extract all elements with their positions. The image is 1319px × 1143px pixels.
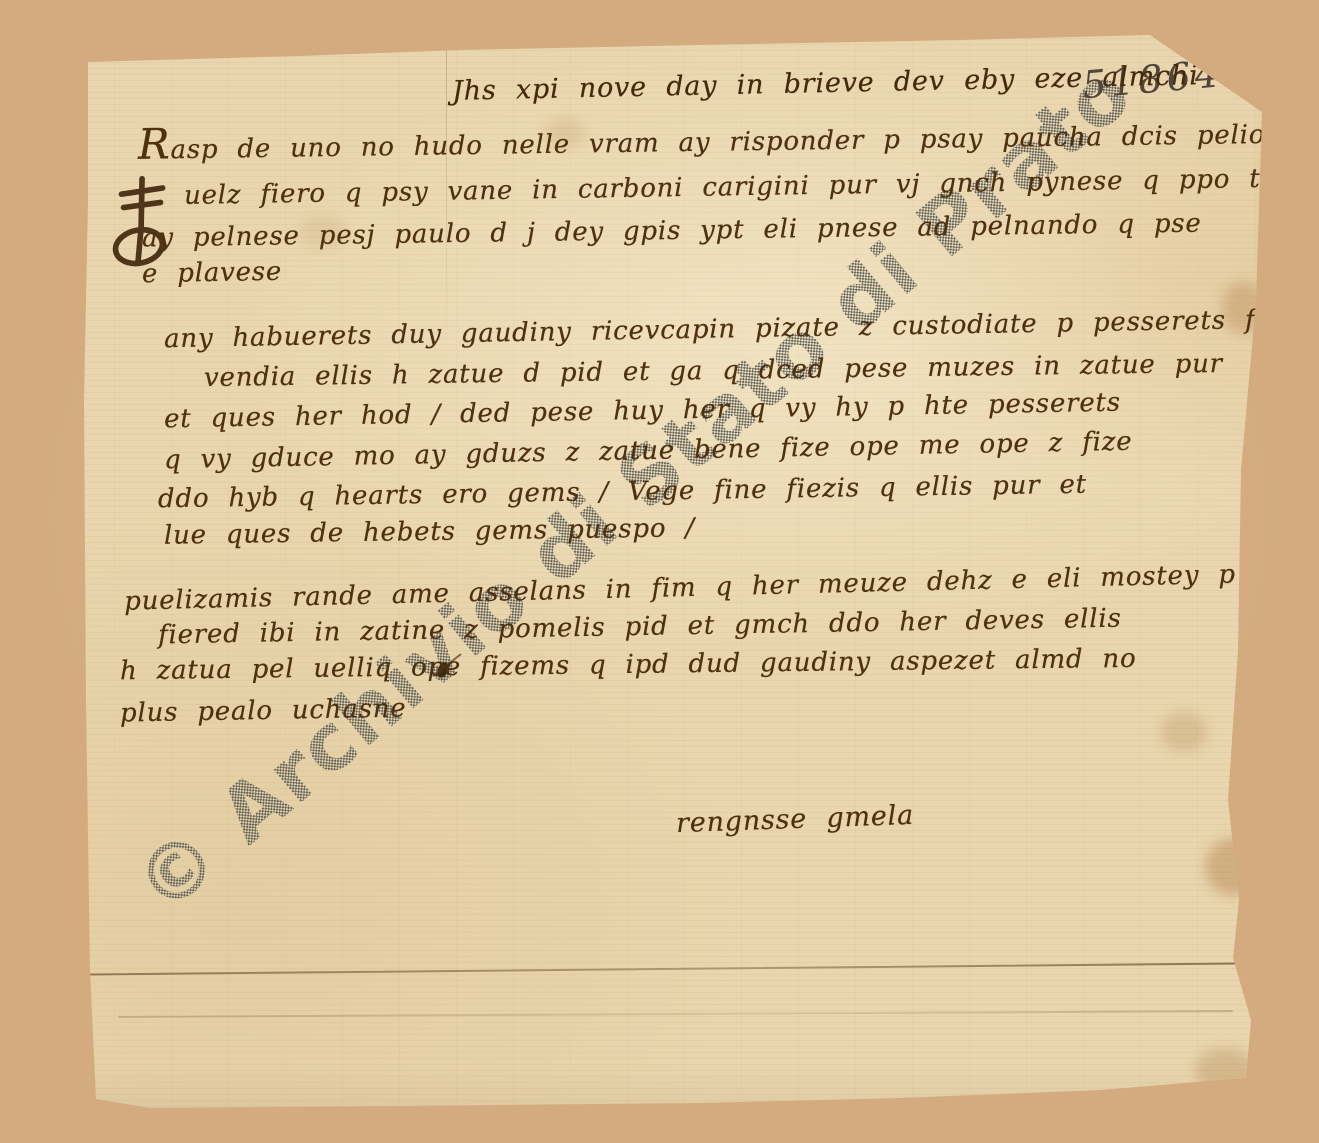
scanned-document-page: © Archivio di Stato di Prato [0,0,1319,1143]
manuscript-line: h zatua pel uelliq ope fizems q ipd dud … [120,644,1137,686]
manuscript-line: Rasp de uno no hudo nelle vram ay rispon… [138,117,1319,165]
manuscript-paper: © Archivio di Stato di Prato [0,0,1319,1143]
paper-stain [1160,712,1208,752]
fold-crease [88,962,1240,975]
paper-stain [1205,838,1261,896]
manuscript-line: ay pelnese pesj paulo d j dey gpis ypt e… [142,209,1202,254]
paper-stain [1195,1048,1255,1092]
manuscript-line: puelizamis rande ame asselans in fim q h… [124,557,1319,616]
manuscript-line: e plavese [142,257,283,289]
manuscript-line: plus pealo uchasne [120,694,407,729]
signature-line: rengnsse gmela [676,800,915,839]
manuscript-line: uelz fiero q psy vane in carboni carigin… [184,163,1314,211]
fold-crease-secondary [118,1010,1233,1018]
